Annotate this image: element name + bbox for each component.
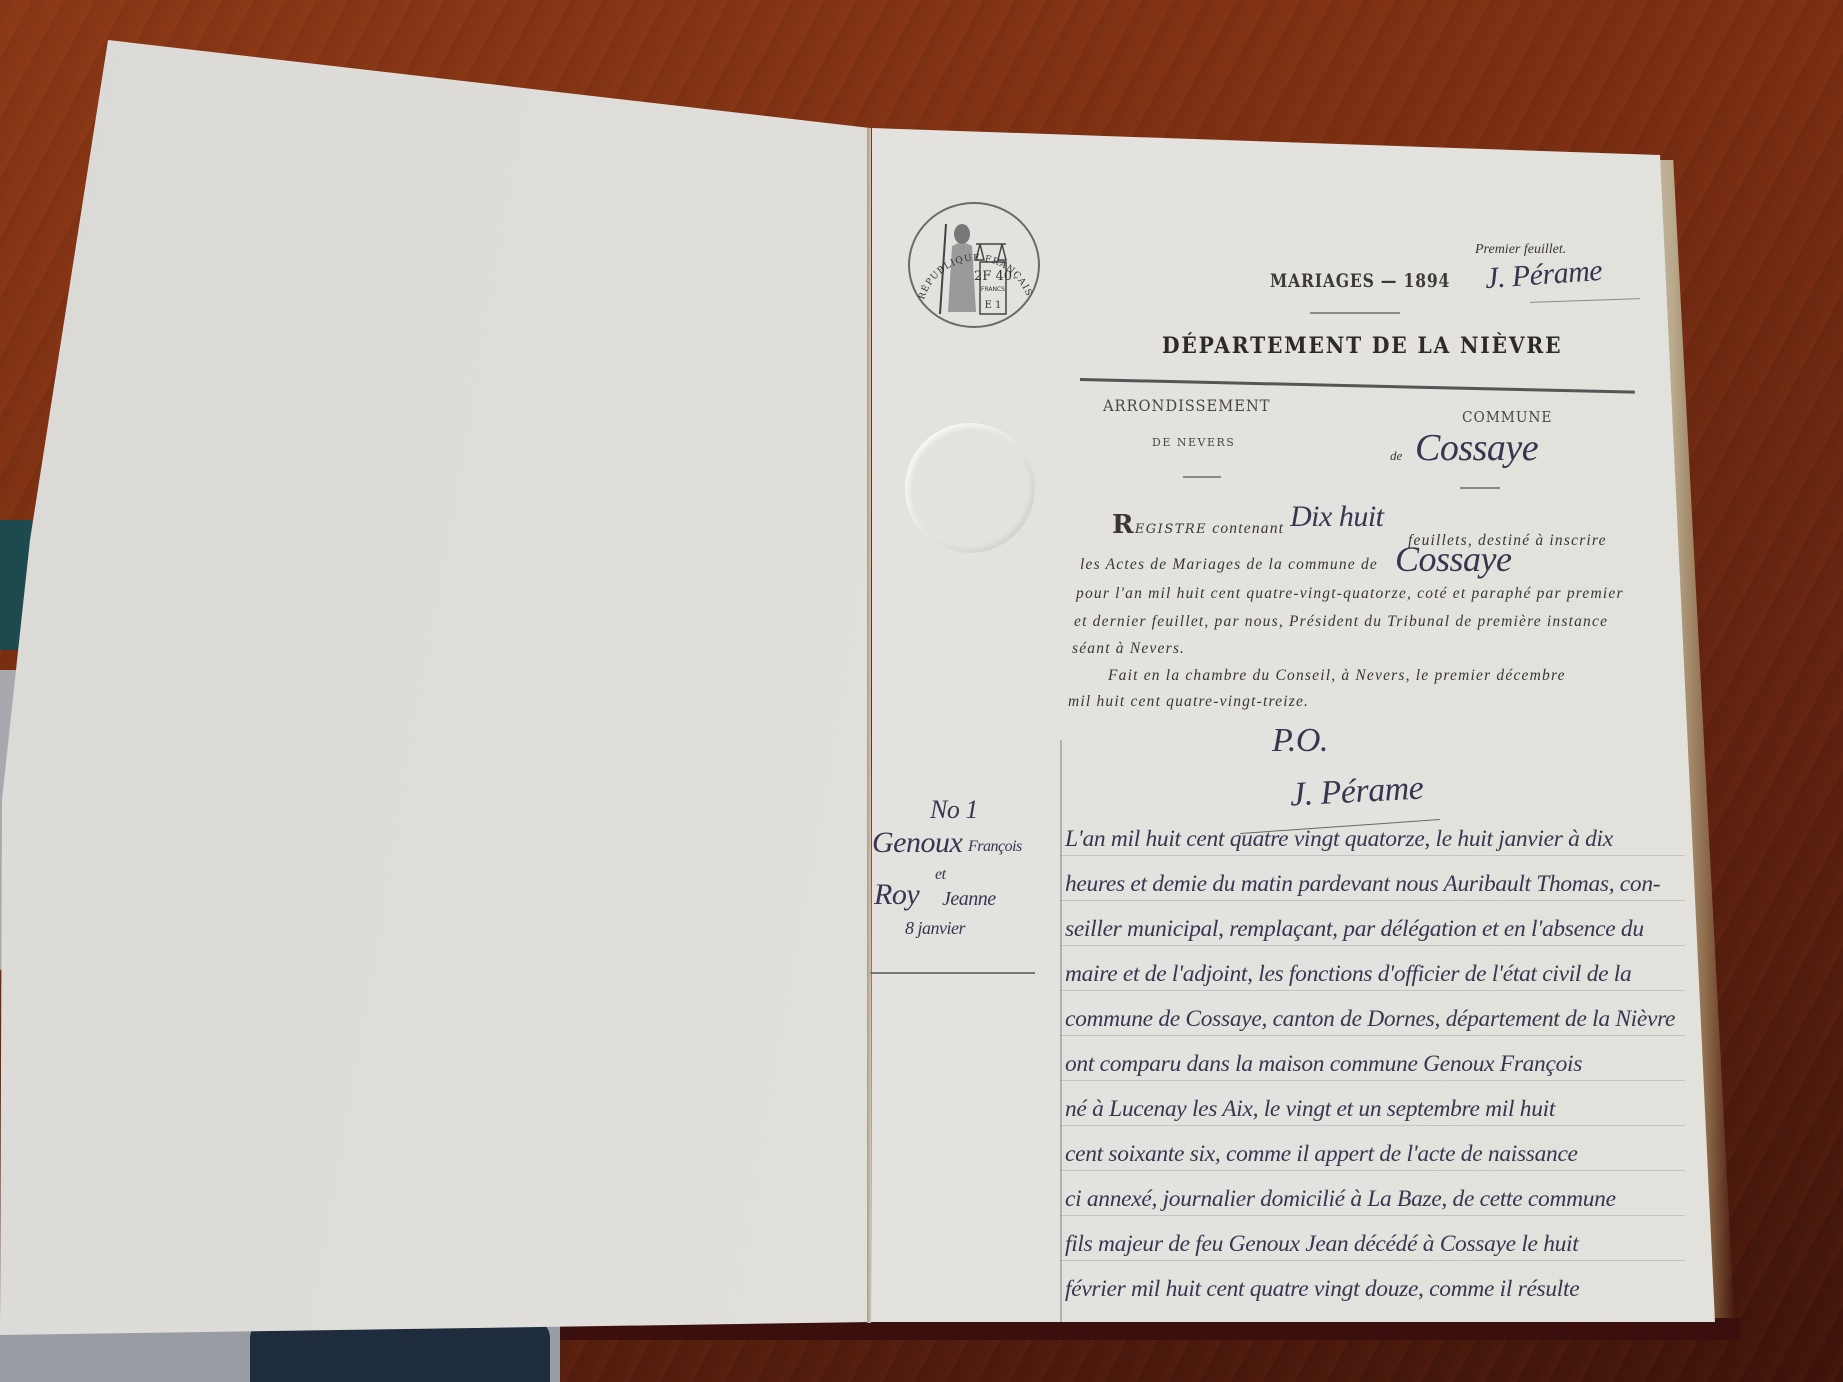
act-line: L'an mil huit cent quatre vingt quatorze…	[1065, 826, 1613, 852]
certification-line-3: pour l'an mil huit cent quatre-vingt-qua…	[1076, 585, 1624, 603]
act-line: cent soixante six, comme il appert de l'…	[1065, 1141, 1578, 1167]
certification-line-1: REGISTRE contenant	[1112, 510, 1284, 540]
ruled-line	[1060, 990, 1685, 991]
ruled-line	[1060, 855, 1685, 856]
marriage-date: 8 janvier	[905, 918, 965, 939]
register-type: MARIAGES — 1894	[1270, 270, 1450, 292]
po-handwritten: P.O.	[1272, 722, 1328, 760]
act-line: ont comparu dans la maison commune Genou…	[1065, 1051, 1582, 1077]
margin-entry-rule	[870, 972, 1035, 974]
ruled-line	[1060, 1125, 1685, 1126]
ruled-line	[1060, 1170, 1685, 1171]
ruled-line	[1060, 1080, 1685, 1081]
bride-firstname: Jeanne	[942, 888, 996, 911]
book-spine	[867, 128, 871, 1323]
certification-line-2: les Actes de Mariages de la commune de	[1080, 556, 1378, 574]
tax-stamp: 2F 40 FRANCS E 1 RÉPUBLIQUE FRANÇAISE	[908, 202, 1040, 328]
marianne-stamp-icon: 2F 40 FRANCS E 1 RÉPUBLIQUE FRANÇAISE	[910, 204, 1042, 330]
ruled-line	[1060, 900, 1685, 901]
margin-vertical-line	[1060, 740, 1062, 1322]
embossed-seal	[905, 423, 1035, 553]
certification-line-6: Fait en la chambre du Conseil, à Nevers,…	[1108, 667, 1566, 685]
commune-label: COMMUNE	[1462, 408, 1552, 426]
svg-text:E 1: E 1	[985, 300, 1002, 311]
commune-prefix: de	[1390, 448, 1402, 464]
sheet-count-handwritten: Dix huit	[1290, 500, 1384, 534]
ruled-line	[1060, 1260, 1685, 1261]
conjunction: et	[935, 866, 946, 884]
sheet-label: Premier feuillet.	[1475, 242, 1566, 258]
act-line: maire et de l'adjoint, les fonctions d'o…	[1065, 961, 1631, 987]
bride-surname: Roy	[874, 878, 919, 912]
act-line: heures et demie du matin pardevant nous …	[1065, 871, 1660, 897]
act-line: fils majeur de feu Genoux Jean décédé à …	[1065, 1231, 1578, 1257]
groom-firstname: François	[968, 838, 1022, 856]
entry-number: No 1	[930, 795, 978, 825]
act-line: seiller municipal, remplaçant, par délég…	[1065, 916, 1644, 942]
arrondissement-value: DE NEVERS	[1152, 436, 1235, 449]
act-line: ci annexé, journalier domicilié à La Baz…	[1065, 1186, 1616, 1212]
arrondissement-label: ARRONDISSEMENT	[1103, 396, 1270, 415]
ornament-rule	[1310, 312, 1400, 314]
certification-line-5: séant à Nevers.	[1072, 640, 1185, 658]
svg-text:FRANCS: FRANCS	[981, 286, 1005, 293]
act-line: né à Lucenay les Aix, le vingt et un sep…	[1065, 1096, 1555, 1122]
commune-name-handwritten: Cossaye	[1395, 538, 1512, 580]
groom-surname: Genoux	[872, 826, 962, 860]
president-signature: J. Pérame	[1289, 770, 1424, 815]
act-line: commune de Cossaye, canton de Dornes, dé…	[1065, 1006, 1675, 1032]
ruled-line	[1060, 1215, 1685, 1216]
ruled-line	[1060, 945, 1685, 946]
commune-rule	[1460, 487, 1500, 489]
commune-value-handwritten: Cossaye	[1415, 426, 1538, 470]
certification-line-7: mil huit cent quatre-vingt-treize.	[1068, 693, 1309, 711]
arrondissement-rule	[1183, 476, 1221, 478]
ruled-line	[1060, 1035, 1685, 1036]
department-title: DÉPARTEMENT DE LA NIÈVRE	[1162, 333, 1562, 359]
certification-line-4: et dernier feuillet, par nous, Président…	[1074, 613, 1608, 631]
